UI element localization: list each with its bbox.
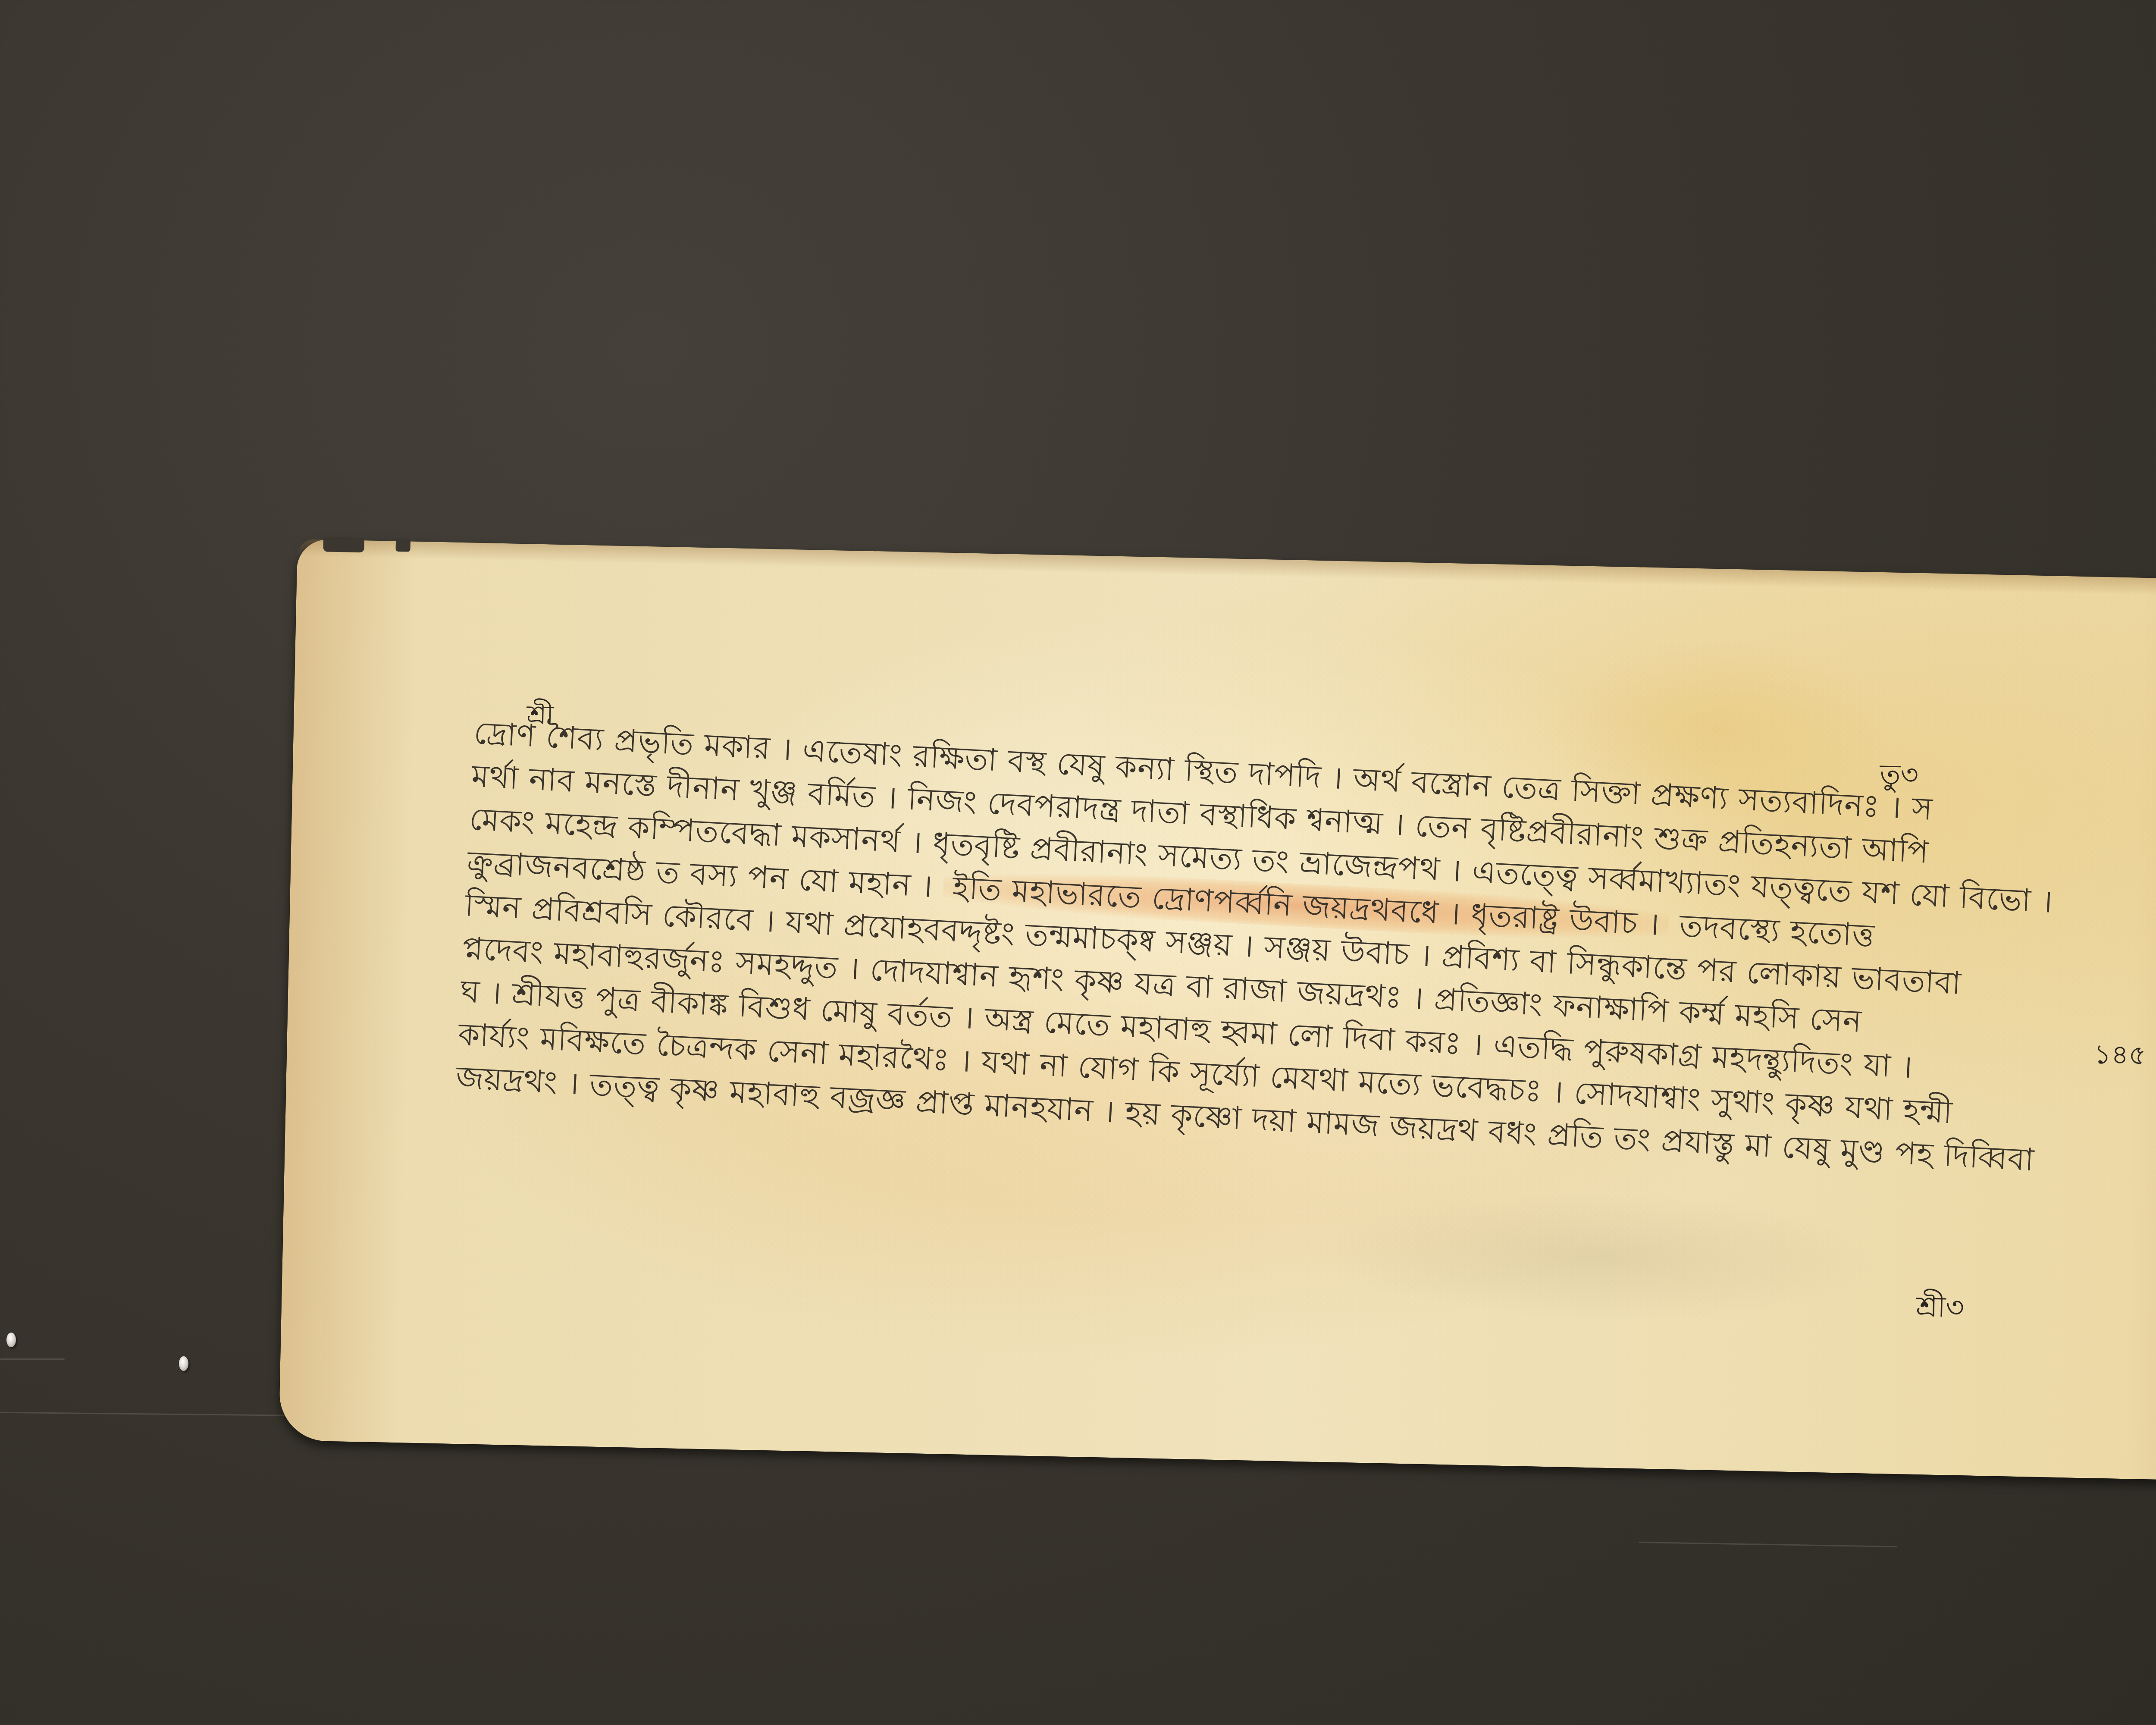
stain [1316, 1186, 1880, 1327]
pin [179, 1356, 188, 1371]
text-segment: তদবস্থ্যে হতোত্ত [1668, 906, 1876, 953]
torn-notch [323, 537, 364, 552]
board-scratch [0, 1358, 65, 1360]
folio-number: ১৪৫ [2093, 1034, 2147, 1080]
bottom-right-mark: শ্রী৩ [1915, 1285, 1965, 1333]
pin [6, 1333, 16, 1347]
manuscript-leaf: শ্রী তু৩ দ্রোণ শৈব্য প্রভৃতি মকার । এতেষ… [279, 539, 2156, 1482]
board-scratch [1639, 1542, 1897, 1547]
torn-notch [395, 539, 411, 552]
